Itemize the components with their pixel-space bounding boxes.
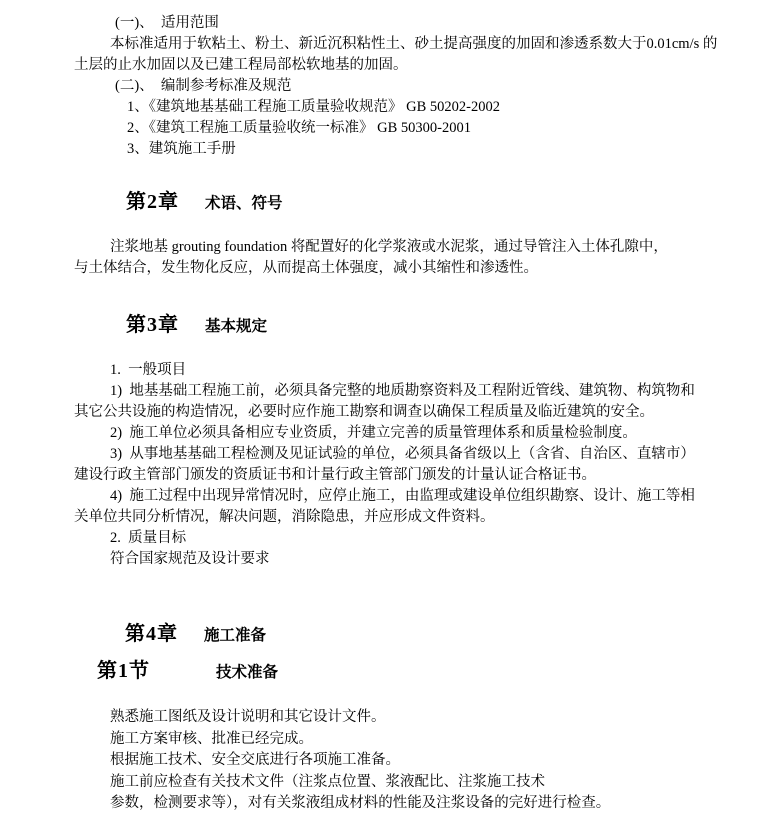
section1-body: 熟悉施工图纸及设计说明和其它设计文件。 施工方案审核、批准已经完成。 根据施工技… [0, 707, 779, 815]
basic-rule-line: 关单位共同分析情况，解决问题，消除隐患，并应形成文件资料。 [0, 507, 779, 528]
basic-rule-line: 其它公共设施的构造情况，必要时应作施工勘察和调查以确保工程质量及临近建筑的安全。 [0, 402, 779, 423]
scope-and-references-block: (一)、 适用范围 本标准适用于软粘土、粉土、新近沉积粘性土、砂土提高强度的加固… [0, 13, 779, 160]
basic-rule-line: 2) 施工单位必须具备相应专业资质，并建立完善的质量管理体系和质量检验制度。 [0, 423, 779, 444]
references-section-heading: (二)、 编制参考标准及规范 [0, 76, 779, 97]
chapter3-body: 1. 一般项目 1) 地基基础工程施工前，必须具备完整的地质勘察资料及工程附近管… [0, 360, 779, 570]
tech-prep-line: 施工方案审核、批准已经完成。 [0, 729, 779, 751]
tech-prep-line: 施工前应检查有关技术文件（注浆点位置、浆液配比、注浆施工技术 [0, 772, 779, 794]
chapter-title: 施工准备 [204, 623, 266, 645]
tech-prep-line: 参数，检测要求等），对有关浆液组成材料的性能及注浆设备的完好进行检查。 [0, 793, 779, 815]
basic-rule-line: 2. 质量目标 [0, 528, 779, 549]
reference-item: 3、建筑施工手册 [0, 139, 779, 160]
terms-text-line: 与土体结合，发生物化反应，从而提高土体强度，减小其缩性和渗透性。 [0, 258, 779, 279]
chapter2-body: 注浆地基 grouting foundation 将配置好的化学浆液或水泥浆，通… [0, 237, 779, 279]
scope-text-line: 本标准适用于软粘土、粉土、新近沉积粘性土、砂土提高强度的加固和渗透系数大于0.0… [0, 34, 779, 55]
chapter-number: 第2章 [126, 185, 179, 214]
basic-rule-line: 建设行政主管部门颁发的资质证书和计量行政主管部门颁发的计量认证合格证书。 [0, 465, 779, 486]
document-page: (一)、 适用范围 本标准适用于软粘土、粉土、新近沉积粘性土、砂土提高强度的加固… [0, 0, 779, 831]
basic-rule-line: 1. 一般项目 [0, 360, 779, 381]
basic-rule-line: 符合国家规范及设计要求 [0, 549, 779, 570]
chapter3-heading: 第3章 基本规定 [126, 308, 267, 337]
reference-item: 2、《建筑工程施工质量验收统一标准》 GB 50300-2001 [0, 118, 779, 139]
terms-text-line: 注浆地基 grouting foundation 将配置好的化学浆液或水泥浆，通… [0, 237, 779, 258]
scope-section-heading: (一)、 适用范围 [0, 13, 779, 34]
section-number: 第1节 [97, 654, 150, 683]
chapter-number: 第3章 [126, 308, 179, 337]
chapter2-heading: 第2章 术语、符号 [126, 185, 283, 214]
reference-item: 1、《建筑地基基础工程施工质量验收规范》 GB 50202-2002 [0, 97, 779, 118]
chapter-number: 第4章 [125, 617, 178, 646]
section1-heading: 第1节 技术准备 [97, 654, 278, 683]
chapter-title: 术语、符号 [205, 191, 283, 213]
scope-text-line: 土层的止水加固以及已建工程局部松软地基的加固。 [0, 55, 779, 76]
tech-prep-line: 根据施工技术、安全交底进行各项施工准备。 [0, 750, 779, 772]
basic-rule-line: 1) 地基基础工程施工前，必须具备完整的地质勘察资料及工程附近管线、建筑物、构筑… [0, 381, 779, 402]
tech-prep-line: 熟悉施工图纸及设计说明和其它设计文件。 [0, 707, 779, 729]
chapter4-heading: 第4章 施工准备 [125, 617, 266, 646]
section-title: 技术准备 [216, 660, 278, 682]
basic-rule-line: 4) 施工过程中出现异常情况时，应停止施工，由监理或建设单位组织勘察、设计、施工… [0, 486, 779, 507]
chapter-title: 基本规定 [205, 314, 267, 336]
basic-rule-line: 3) 从事地基基础工程检测及见证试验的单位，必须具备省级以上（含省、自治区、直辖… [0, 444, 779, 465]
